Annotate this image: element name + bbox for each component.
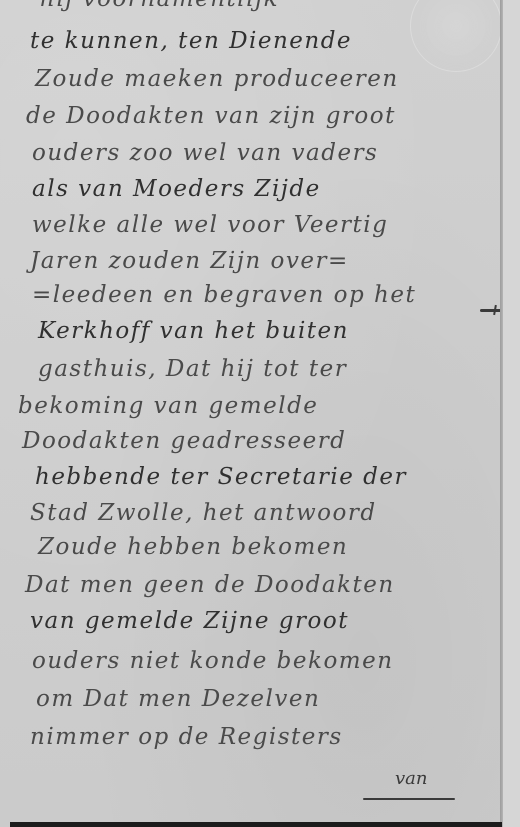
text-line: ouders zoo wel van vaders bbox=[32, 140, 378, 166]
manuscript-page: hij voornamentlijk te kunnen, ten Dienen… bbox=[0, 0, 520, 827]
text-line: nimmer op de Registers bbox=[30, 724, 343, 750]
text-line: =leedeen en begraven op het bbox=[32, 282, 416, 308]
catchword: van bbox=[395, 768, 428, 789]
text-line: Zoude hebben bekomen bbox=[38, 534, 348, 560]
adjacent-page-strip bbox=[503, 0, 520, 827]
catchword-underline bbox=[363, 798, 455, 800]
text-line: Zoude maeken produceeren bbox=[35, 66, 399, 92]
text-line: Doodakten geadresseerd bbox=[22, 428, 346, 454]
text-line: ouders niet konde bekomen bbox=[32, 648, 394, 674]
text-line: hij voornamentlijk bbox=[40, 0, 279, 12]
watermark-stamp bbox=[410, 0, 502, 72]
text-line: om Dat men Dezelven bbox=[36, 686, 320, 712]
text-line: de Doodakten van zijn groot bbox=[26, 103, 396, 129]
text-line: Dat men geen de Doodakten bbox=[25, 572, 395, 598]
text-line: gasthuis, Dat hij tot ter bbox=[38, 356, 347, 382]
text-line: als van Moeders Zijde bbox=[32, 176, 321, 202]
text-line: te kunnen, ten Dienende bbox=[30, 28, 352, 54]
text-line: bekoming van gemelde bbox=[18, 393, 318, 419]
text-line: Kerkhoff van het buiten bbox=[38, 318, 349, 344]
text-line: van gemelde Zijne groot bbox=[30, 608, 349, 634]
text-line: Stad Zwolle, het antwoord bbox=[30, 500, 377, 526]
text-line: welke alle wel voor Veertig bbox=[32, 212, 388, 238]
text-line: hebbende ter Secretarie der bbox=[35, 464, 407, 490]
page-bottom-edge bbox=[10, 822, 502, 827]
text-line: Jaren zouden Zijn over= bbox=[30, 248, 349, 274]
